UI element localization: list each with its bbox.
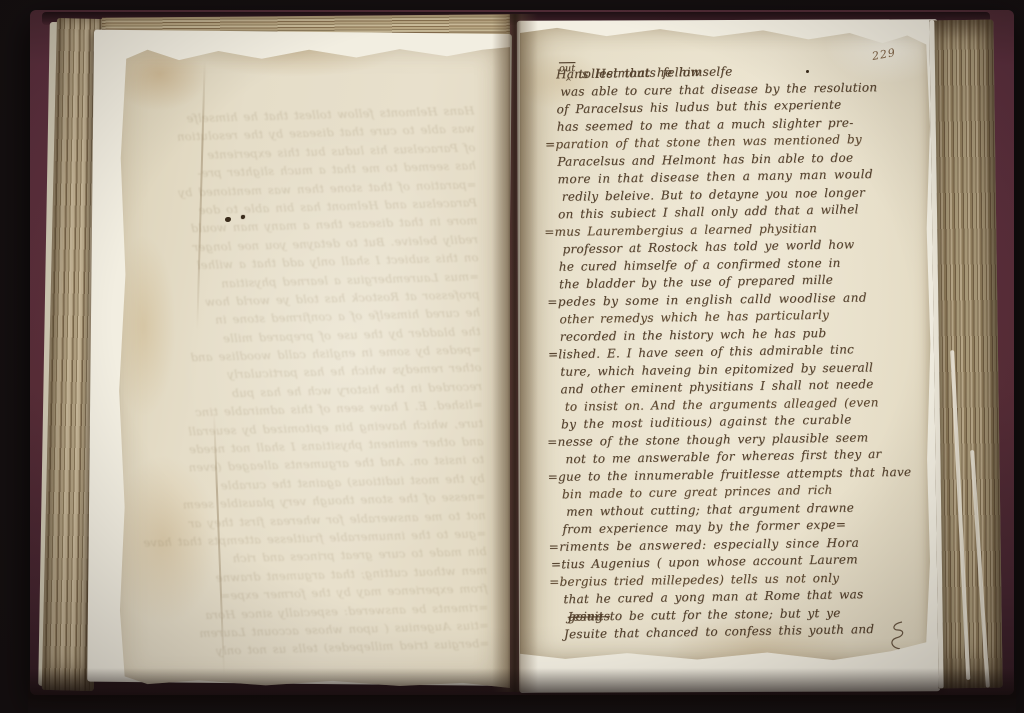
gutter-shadow: [492, 14, 538, 692]
right-manuscript-page: 229 Hans Helmonts fellowouttollest that …: [520, 24, 932, 664]
right-page-edge-stack: [929, 20, 1002, 689]
bleedthrough-lines: Hans Helmonts fellow tollest that he him…: [130, 101, 490, 676]
manuscript-lines: Hans Helmonts fellowouttollest that he h…: [542, 61, 930, 644]
page-edge-sliver: [950, 350, 970, 680]
manuscript-photo: Hans Helmonts fellow tollest that he him…: [0, 0, 1024, 713]
book-bottom-shadow: [28, 638, 1016, 713]
left-blank-page: Hans Helmonts fellow tollest that he him…: [116, 42, 510, 688]
